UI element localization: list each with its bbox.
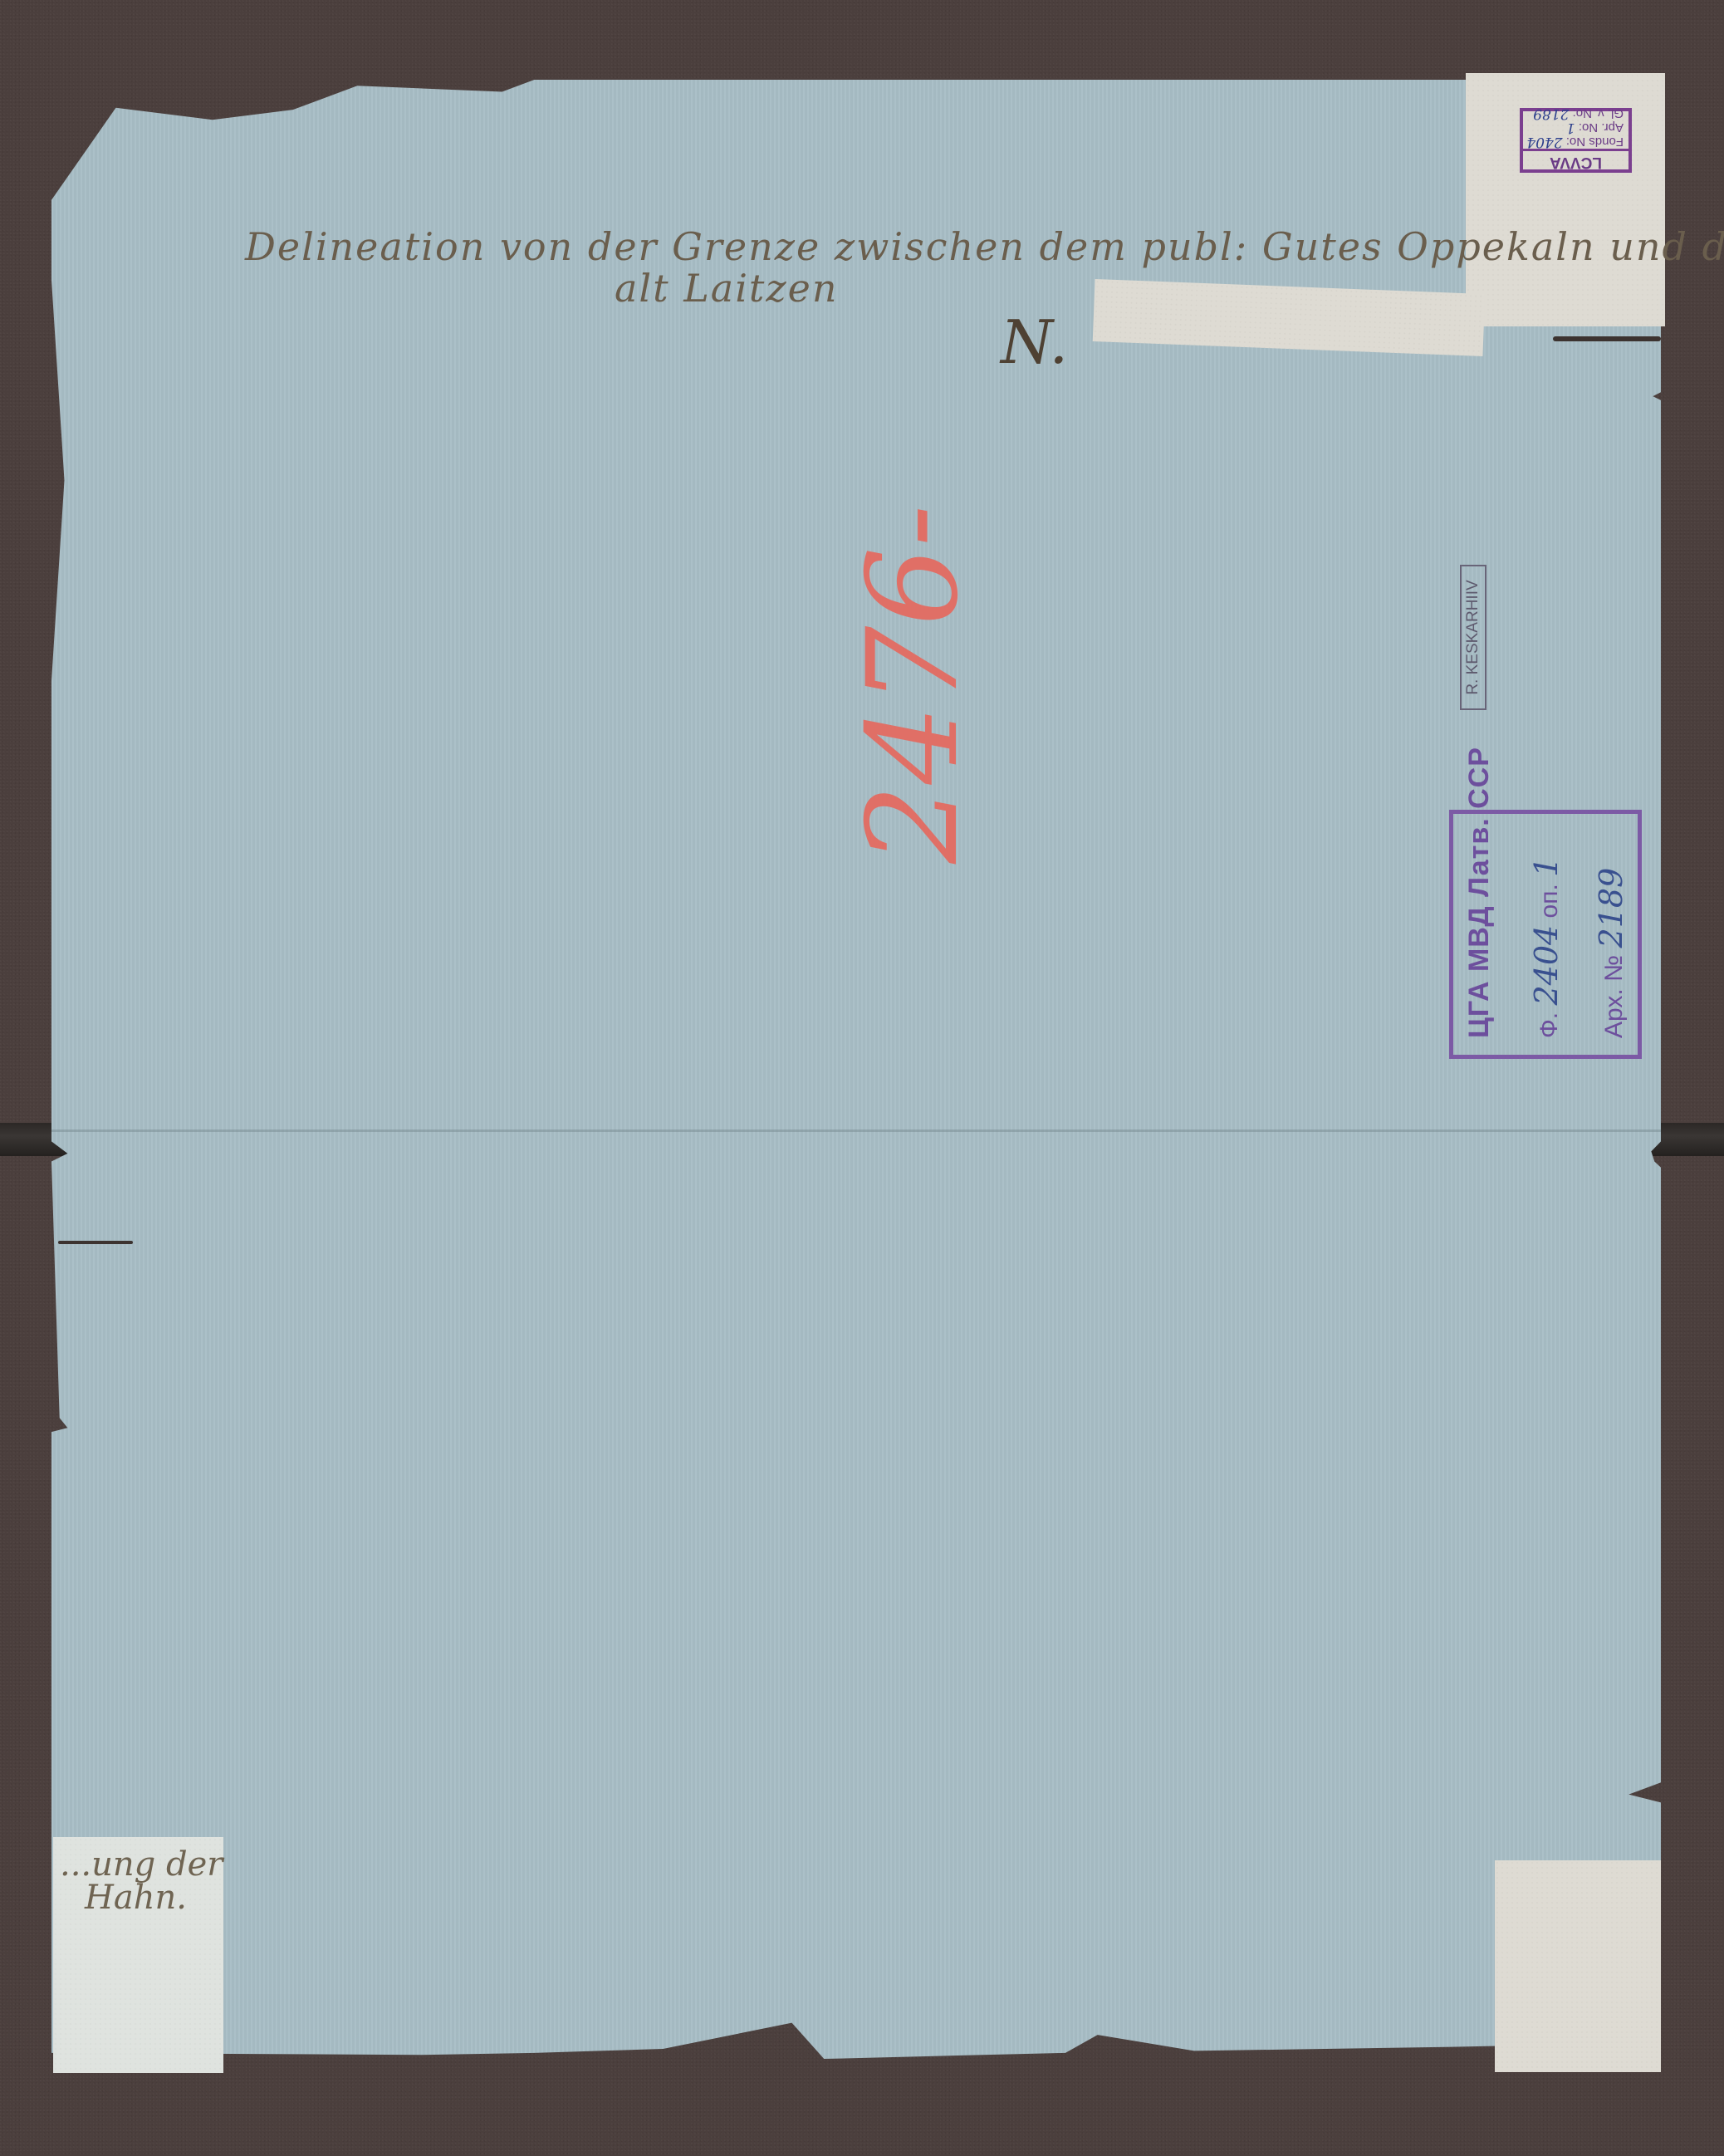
paper-sheet <box>51 80 1661 2083</box>
handwritten-title-line-2: alt Laitzen <box>615 266 839 311</box>
cga-archive-stamp: ЦГА МВД Латв. ССР Ф. 2404 оп. 1 Арх. № 2… <box>1449 810 1642 1059</box>
bottom-right-patch <box>1495 1860 1661 2072</box>
apr-label: Apr. No: <box>1579 120 1624 135</box>
paper-tear <box>58 1241 133 1244</box>
op-value: 1 <box>1528 857 1565 877</box>
lcvva-archive-stamp: LCVVA Fonds No: 2404 Apr. No: 1 Gl. v. N… <box>1520 108 1632 173</box>
bottom-label-line-1: ...ung der <box>60 1848 223 1881</box>
bottom-left-handwriting: ...ung der Hahn. <box>60 1848 223 1914</box>
arch-value: 2189 <box>1593 868 1629 948</box>
keskarhiiv-stamp: R. KESKARHIIV <box>1460 565 1486 710</box>
fond-label: Ф. <box>1535 1012 1563 1038</box>
red-pencil-number: 2476- <box>864 515 963 864</box>
glv-label: Gl. v. No: <box>1573 106 1624 120</box>
fond-value: 2404 <box>1528 925 1565 1006</box>
cga-stamp-title: ЦГА МВД Латв. ССР <box>1463 747 1496 1038</box>
fonds-label: Fonds No: <box>1566 135 1624 149</box>
apr-value: 1 <box>1566 120 1575 136</box>
stamp-header: LCVVA <box>1523 149 1628 169</box>
fonds-value: 2404 <box>1526 134 1562 150</box>
glv-value: 2189 <box>1533 105 1569 122</box>
paper-tear <box>1553 336 1661 341</box>
bottom-label-line-2: Hahn. <box>60 1881 223 1914</box>
handwritten-title-line-1: Delineation von der Grenze zwischen dem … <box>245 224 1724 269</box>
arch-label: Арх. № <box>1600 955 1628 1038</box>
op-label: оп. <box>1535 884 1563 918</box>
fold-line <box>51 1129 1661 1132</box>
handwritten-mark: N. <box>1001 307 1068 377</box>
